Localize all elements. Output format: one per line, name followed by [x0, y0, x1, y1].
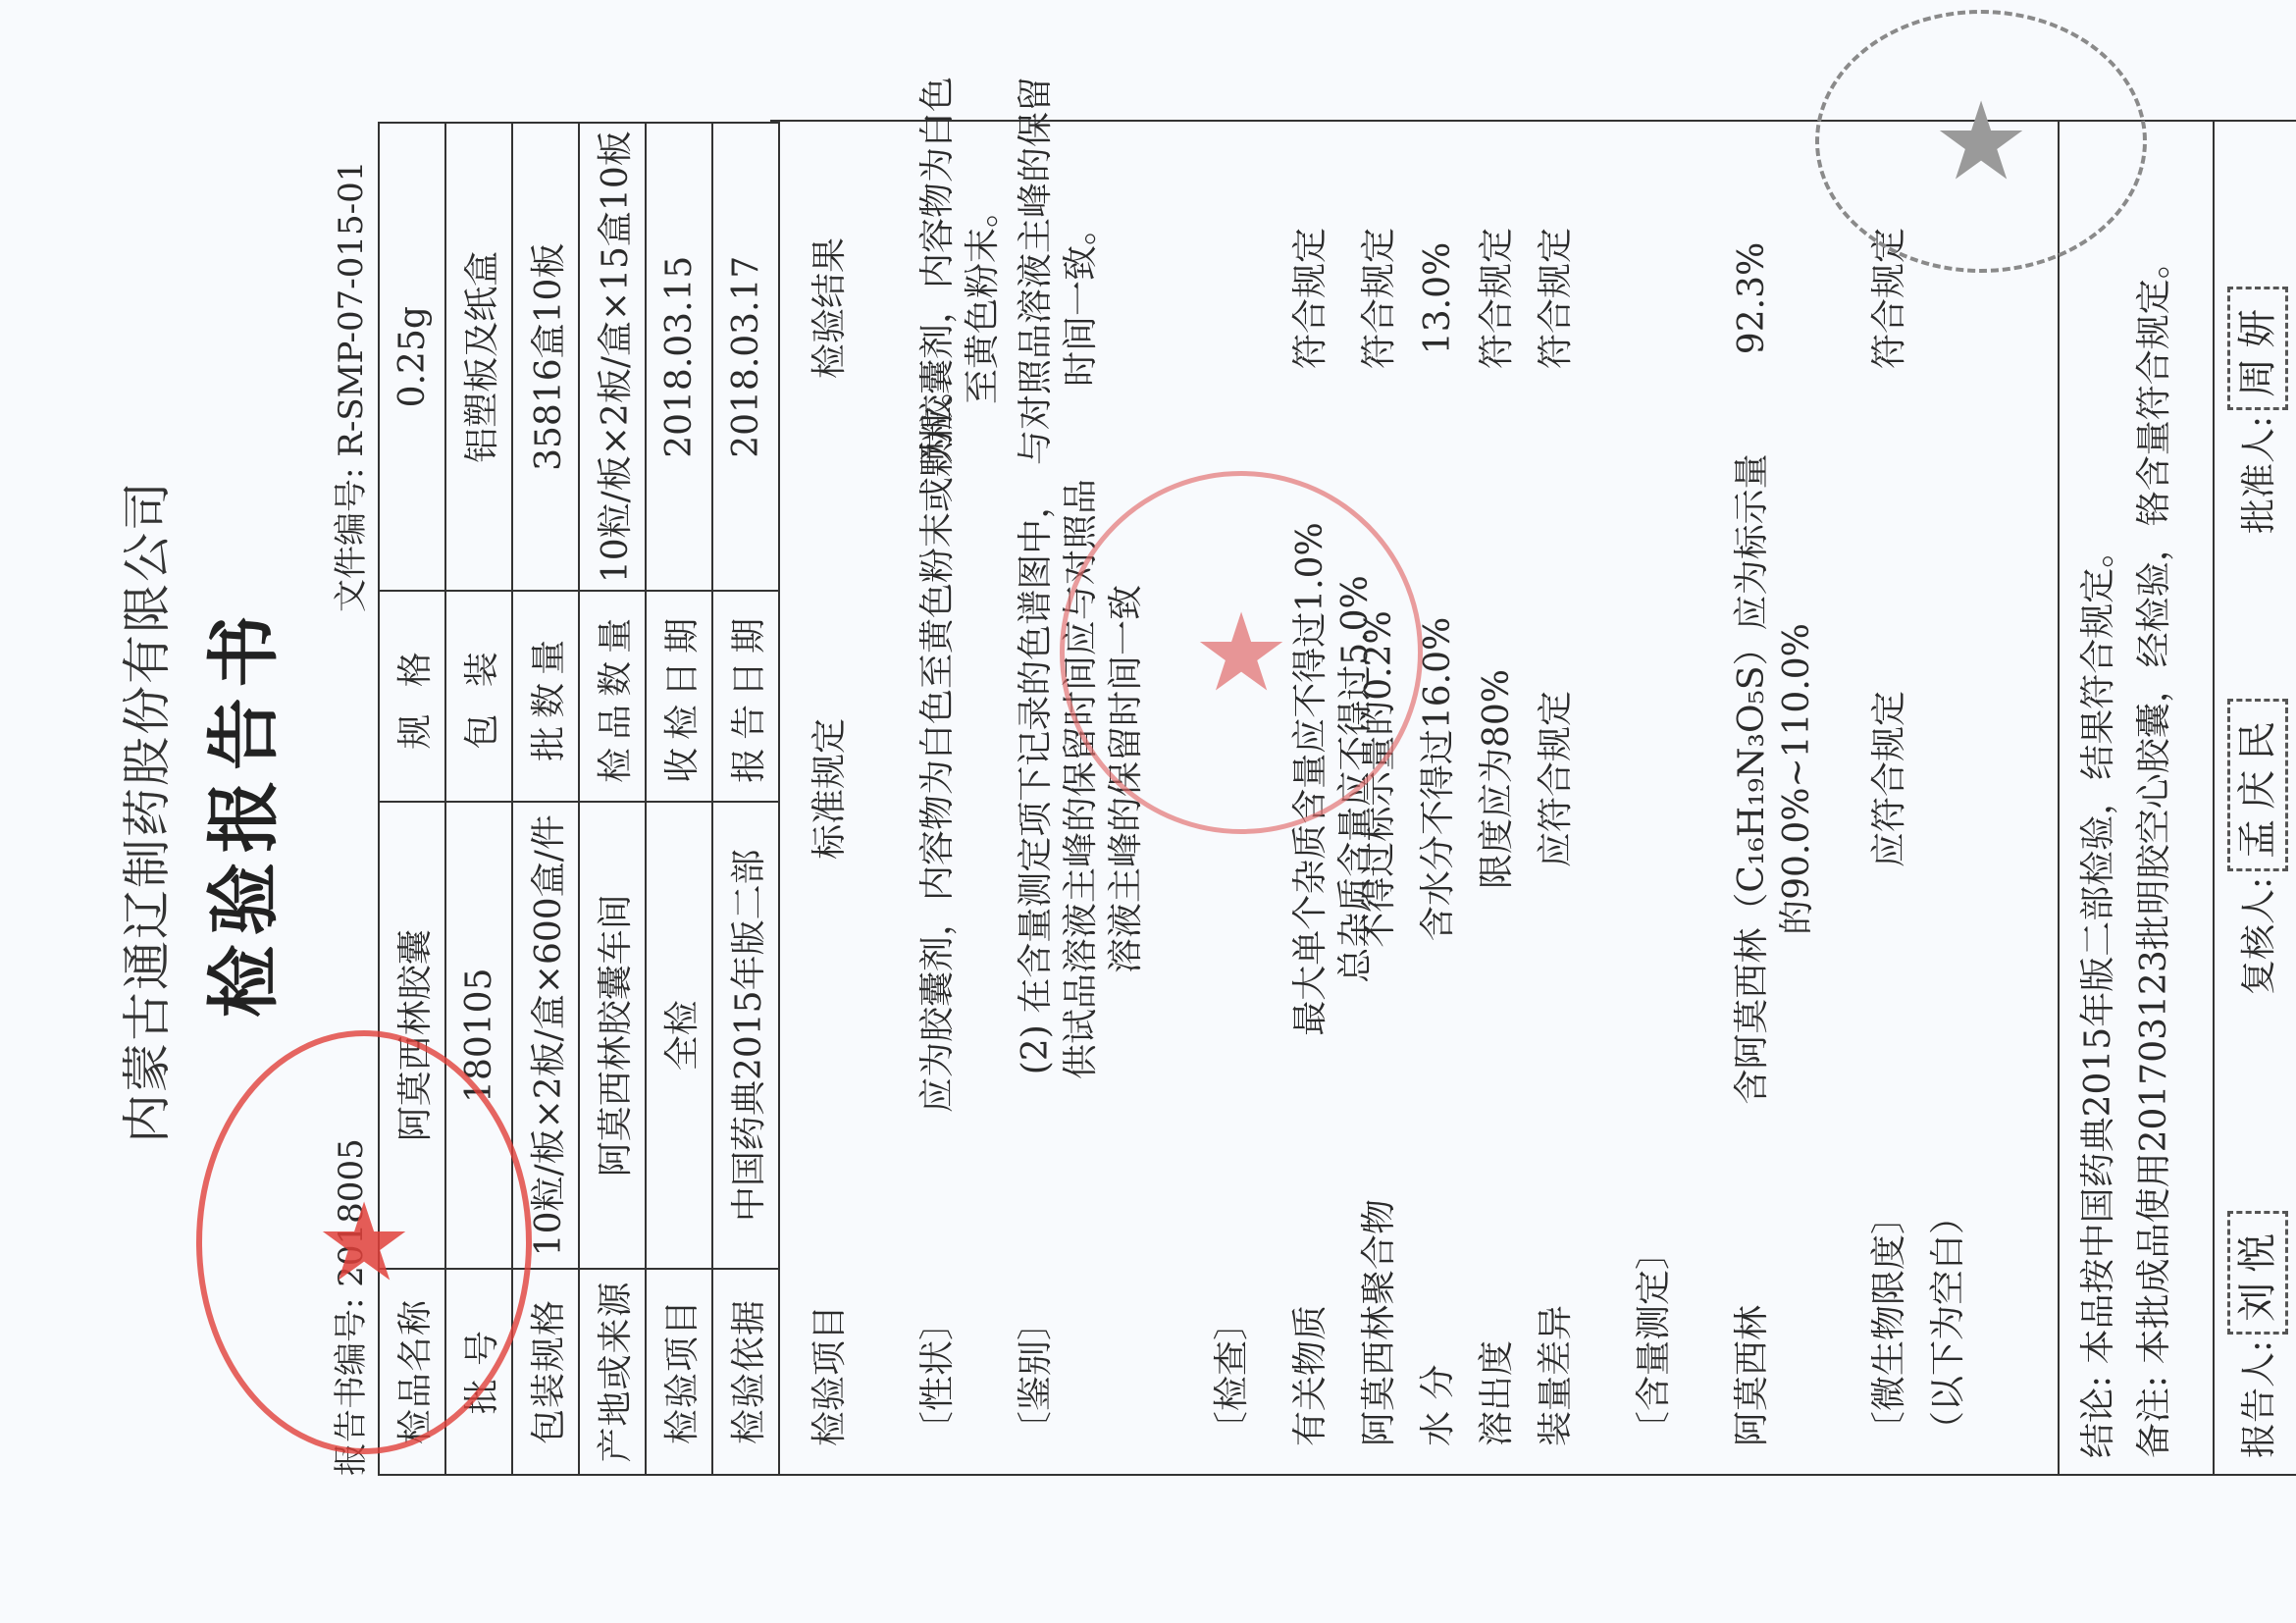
result-value: 符合规定	[1285, 131, 1336, 465]
result-item: 〔性状〕	[913, 1305, 964, 1446]
result-standard: 溶液主峰的保留时间一致	[1101, 445, 1152, 1113]
reporter-label: 报告人:	[2239, 1340, 2279, 1458]
result-item: 〔含量测定〕	[1629, 1234, 1680, 1446]
result-item: 〔鉴别〕	[1011, 1305, 1062, 1446]
remark-text: 本批成品使用20170312­3批明胶空心胶囊，经检验，铬含量符合规定。	[2134, 243, 2174, 1364]
info-label: 检验项目	[646, 1269, 712, 1475]
info-label-2: 规 格	[379, 591, 445, 802]
result-standard: 限度应为80%	[1472, 445, 1523, 1113]
result-value: 为胶囊剂，内容物为白色	[913, 131, 964, 465]
result-standard: 供试品溶液主峰的保留时间应与对照品	[1056, 445, 1107, 1113]
header-item: 检验项目	[805, 1132, 856, 1446]
report-number-label: 报告书编号:	[332, 1298, 371, 1476]
divider-conclusion	[2058, 120, 2060, 1476]
reviewer-name: 孟庆民	[2227, 699, 2288, 871]
reviewer-signature: 复核人:孟庆民	[2227, 699, 2288, 995]
result-standard: 不得过标示量的0.2%	[1354, 445, 1405, 1113]
info-value-2: 0.25g	[379, 123, 445, 591]
divider-signatures	[2213, 120, 2215, 1476]
frame-left	[770, 1474, 2296, 1476]
result-standard: 应符合规定	[1531, 445, 1582, 1113]
info-label: 包装规格	[512, 1269, 579, 1475]
info-label-2: 包 装	[445, 591, 512, 802]
info-value: 中国药典2015年版二部	[712, 802, 779, 1269]
result-item: 〔检查〕	[1207, 1305, 1258, 1446]
result-item: 水 分	[1413, 1365, 1464, 1446]
approver-signature: 批准人:周妍	[2227, 287, 2288, 534]
result-standard: 的90.0%~110.0%	[1772, 445, 1823, 1113]
info-value-2: 2018.03.17	[712, 123, 779, 591]
result-value: 符合规定	[1354, 131, 1405, 465]
info-label: 批 号	[445, 1269, 512, 1475]
info-label: 检品名称	[379, 1269, 445, 1475]
info-value-2: 10粒/板×2板/盒×15盒10板	[579, 123, 646, 591]
info-value: 阿莫西林胶囊车间	[579, 802, 646, 1269]
file-number: 文件编号: R-SMP-07-015-01	[324, 161, 372, 612]
company-name: 内蒙古通辽制药股份有限公司	[108, 0, 179, 1623]
info-value: 10粒/板×2板/盒×600盒/件	[512, 802, 579, 1269]
info-label-2: 收检日期	[646, 591, 712, 802]
header-standard: 标准规定	[805, 485, 856, 1093]
conclusion-label: 结论:	[2078, 1376, 2118, 1458]
info-row: 检验项目全检收检日期2018.03.15	[646, 123, 712, 1475]
result-value: 13.0%	[1413, 131, 1464, 465]
file-number-label: 文件编号:	[332, 468, 371, 612]
info-row: 包装规格10粒/板×2板/盒×600盒/件批数量35816盒10板	[512, 123, 579, 1475]
conclusion-text: 本品按中国药典2015年版二部检验，结果符合规定。	[2078, 533, 2118, 1365]
result-item: 溶出度	[1472, 1340, 1523, 1446]
report-page: 内蒙古通辽制药股份有限公司 检验报告书 报告书编号: 2018005 文件编号:…	[0, 0, 2296, 1623]
reviewer-label: 复核人:	[2239, 877, 2279, 995]
result-value: 符合规定	[1864, 131, 1915, 465]
result-standard: 含水分不得过16.0%	[1413, 445, 1464, 1113]
remark-label: 备注:	[2134, 1376, 2174, 1458]
result-standard: 含阿莫西林（C₁₆H₁₉N₃O₅S）应为标示量	[1727, 445, 1778, 1113]
info-value: 全检	[646, 802, 712, 1269]
info-row: 产地或来源阿莫西林胶囊车间检品数量10粒/板×2板/盒×15盒10板	[579, 123, 646, 1475]
document-title: 检验报告书	[186, 0, 290, 1623]
result-value: 符合规定	[1472, 131, 1523, 465]
result-standard: 应符合规定	[1864, 445, 1915, 1113]
info-table: 检品名称阿莫西林胶囊规 格0.25g批 号180105包 装铝塑板及纸盒包装规格…	[378, 122, 780, 1476]
result-standard: 应为胶囊剂，内容物为白色至黄色粉末或颗粒。	[913, 445, 964, 1113]
frame-right	[770, 120, 2296, 122]
result-value: 时间一致。	[1056, 131, 1107, 465]
info-value: 阿莫西林胶囊	[379, 802, 445, 1269]
header-result: 检验结果	[805, 131, 856, 485]
info-label: 产地或来源	[579, 1269, 646, 1475]
approver-name: 周妍	[2227, 287, 2288, 410]
info-label-2: 报告日期	[712, 591, 779, 802]
conclusion: 结论: 本品按中国药典2015年版二部检验，结果符合规定。	[2073, 533, 2124, 1458]
result-item: 阿莫西林	[1727, 1305, 1778, 1446]
result-value: 与对照品溶液主峰的保留	[1011, 131, 1062, 465]
info-value-2: 2018.03.15	[646, 123, 712, 591]
reporter-name: 刘悦	[2227, 1211, 2288, 1335]
report-number: 报告书编号: 2018005	[324, 1138, 372, 1476]
info-row: 检品名称阿莫西林胶囊规 格0.25g	[379, 123, 445, 1475]
file-number-value: R-SMP-07-015-01	[332, 161, 371, 457]
result-item: 〔微生物限度〕	[1864, 1199, 1915, 1446]
result-standard: (2) 在含量测定项下记录的色谱图中，	[1011, 445, 1062, 1113]
remark: 备注: 本批成品使用20170312­3批明胶空心胶囊，经检验，铬含量符合规定。	[2129, 243, 2180, 1458]
info-label: 检验依据	[712, 1269, 779, 1475]
report-number-value: 2018005	[332, 1138, 371, 1286]
reporter-signature: 报告人:刘悦	[2227, 1211, 2288, 1458]
result-value: 92.3%	[1727, 131, 1778, 465]
result-item: （以下为空白）	[1923, 1199, 1974, 1446]
info-label-2: 检品数量	[579, 591, 646, 802]
result-standard: 最大单个杂质含量应不得过1.0%	[1285, 445, 1336, 1113]
result-value: 至黄色粉末。	[958, 131, 1009, 465]
info-value-2: 铝塑板及纸盒	[445, 123, 512, 591]
result-item: 装量差异	[1531, 1305, 1582, 1446]
result-value: 符合规定	[1531, 131, 1582, 465]
info-label-2: 批数量	[512, 591, 579, 802]
info-row: 批 号180105包 装铝塑板及纸盒	[445, 123, 512, 1475]
result-item: 阿莫西林聚合物	[1354, 1199, 1405, 1446]
approver-label: 批准人:	[2239, 416, 2279, 534]
info-row: 检验依据中国药典2015年版二部报告日期2018.03.17	[712, 123, 779, 1475]
info-value-2: 35816盒10板	[512, 123, 579, 591]
result-item: 有关物质	[1285, 1305, 1336, 1446]
info-value: 180105	[445, 802, 512, 1269]
